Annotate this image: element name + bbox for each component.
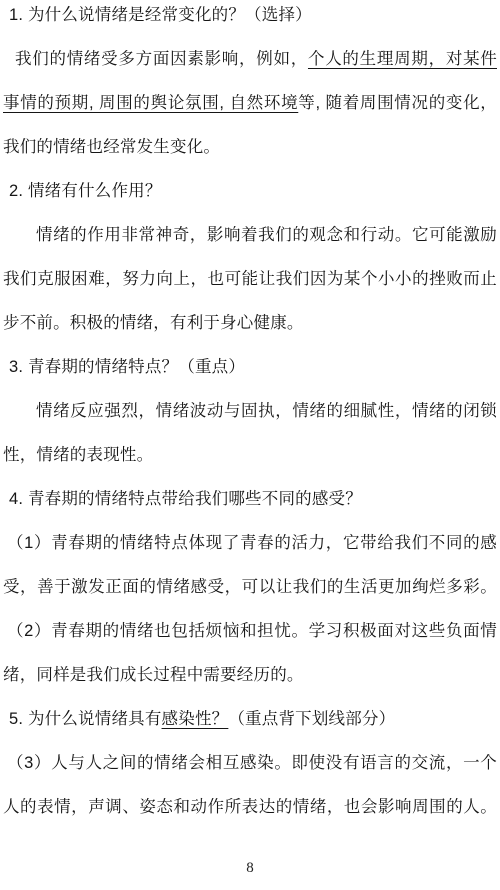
body-line: 绪，同样是我们成长过程中需要经历的。	[3, 653, 497, 697]
text-segment: 性，情绪的表现性。	[3, 446, 153, 464]
body-line: 性，情绪的表现性。	[3, 433, 497, 477]
body-line: 人的表情，声调、姿态和动作所表达的情绪，也会影响周围的人。	[3, 785, 497, 829]
body-line: （1）青春期的情绪特点体现了青春的活力，它带给我们不同的感	[3, 521, 497, 565]
underlined-text: 感染性？	[162, 710, 229, 728]
underlined-text: 个人的生理周期，对某件	[308, 50, 497, 68]
body-line: 我们克服困难，努力向上，也可能让我们因为某个小小的挫败而止	[3, 257, 497, 301]
question-heading: 3. 青春期的情绪特点？（重点）	[3, 345, 497, 389]
text-segment: 我们克服困难，努力向上，也可能让我们因为某个小小的挫败而止	[3, 270, 497, 288]
text-segment: （2）青春期的情绪也包括烦恼和担忧。学习积极面对这些负面情	[7, 622, 497, 640]
body-line: 我们的情绪也经常发生变化。	[3, 125, 497, 169]
body-line: 我们的情绪受多方面因素影响，例如，个人的生理周期，对某件	[3, 37, 497, 81]
text-segment: 情绪反应强烈，情绪波动与固执，情绪的细腻性，情绪的闭锁	[36, 402, 497, 420]
text-segment: 等, 随着周围情况的变化，	[298, 94, 497, 112]
body-line: 受，善于激发正面的情绪感受，可以让我们的生活更加绚烂多彩。	[3, 565, 497, 609]
body-line: 情绪的作用非常神奇，影响着我们的观念和行动。它可能激励	[3, 213, 497, 257]
text-segment: 人的表情，声调、姿态和动作所表达的情绪，也会影响周围的人。	[3, 798, 497, 816]
text-segment: 我们的情绪受多方面因素影响，例如，	[15, 50, 308, 68]
page-number: 8	[0, 860, 500, 877]
text-segment: 情绪的作用非常神奇，影响着我们的观念和行动。它可能激励	[36, 226, 497, 244]
underlined-text: 事情的预期, 周围的舆论氛围, 自然环境	[3, 94, 298, 112]
text-segment: （重点背下划线部分）	[228, 710, 395, 728]
question-heading: 1. 为什么说情绪是经常变化的？（选择）	[3, 0, 497, 37]
text-segment: （1）青春期的情绪特点体现了青春的活力，它带给我们不同的感	[7, 534, 497, 552]
body-line: 事情的预期, 周围的舆论氛围, 自然环境等, 随着周围情况的变化，	[3, 81, 497, 125]
question-heading: 5. 为什么说情绪具有感染性？（重点背下划线部分）	[3, 697, 497, 741]
text-segment: 我们的情绪也经常发生变化。	[3, 138, 220, 156]
text-segment: 绪，同样是我们成长过程中需要经历的。	[3, 666, 304, 684]
text-segment: 1. 为什么说情绪是经常变化的？（选择）	[9, 6, 312, 24]
text-segment: 步不前。积极的情绪，有利于身心健康。	[3, 314, 304, 332]
document-body: 1. 为什么说情绪是经常变化的？（选择）我们的情绪受多方面因素影响，例如，个人的…	[0, 0, 500, 829]
text-segment: 4. 青春期的情绪特点带给我们哪些不同的感受？	[9, 490, 362, 508]
question-heading: 2. 情绪有什么作用？	[3, 169, 497, 213]
document-page: 1. 为什么说情绪是经常变化的？（选择）我们的情绪受多方面因素影响，例如，个人的…	[0, 0, 500, 890]
body-line: （3）人与人之间的情绪会相互感染。即使没有语言的交流，一个	[3, 741, 497, 785]
text-segment: 3. 青春期的情绪特点？（重点）	[9, 358, 245, 376]
text-segment: （3）人与人之间的情绪会相互感染。即使没有语言的交流，一个	[7, 754, 497, 772]
text-segment: 受，善于激发正面的情绪感受，可以让我们的生活更加绚烂多彩。	[3, 578, 497, 596]
body-line: （2）青春期的情绪也包括烦恼和担忧。学习积极面对这些负面情	[3, 609, 497, 653]
text-segment: 5. 为什么说情绪具有	[9, 710, 162, 728]
question-heading: 4. 青春期的情绪特点带给我们哪些不同的感受？	[3, 477, 497, 521]
body-line: 情绪反应强烈，情绪波动与固执，情绪的细腻性，情绪的闭锁	[3, 389, 497, 433]
text-segment: 2. 情绪有什么作用？	[9, 182, 162, 200]
body-line: 步不前。积极的情绪，有利于身心健康。	[3, 301, 497, 345]
